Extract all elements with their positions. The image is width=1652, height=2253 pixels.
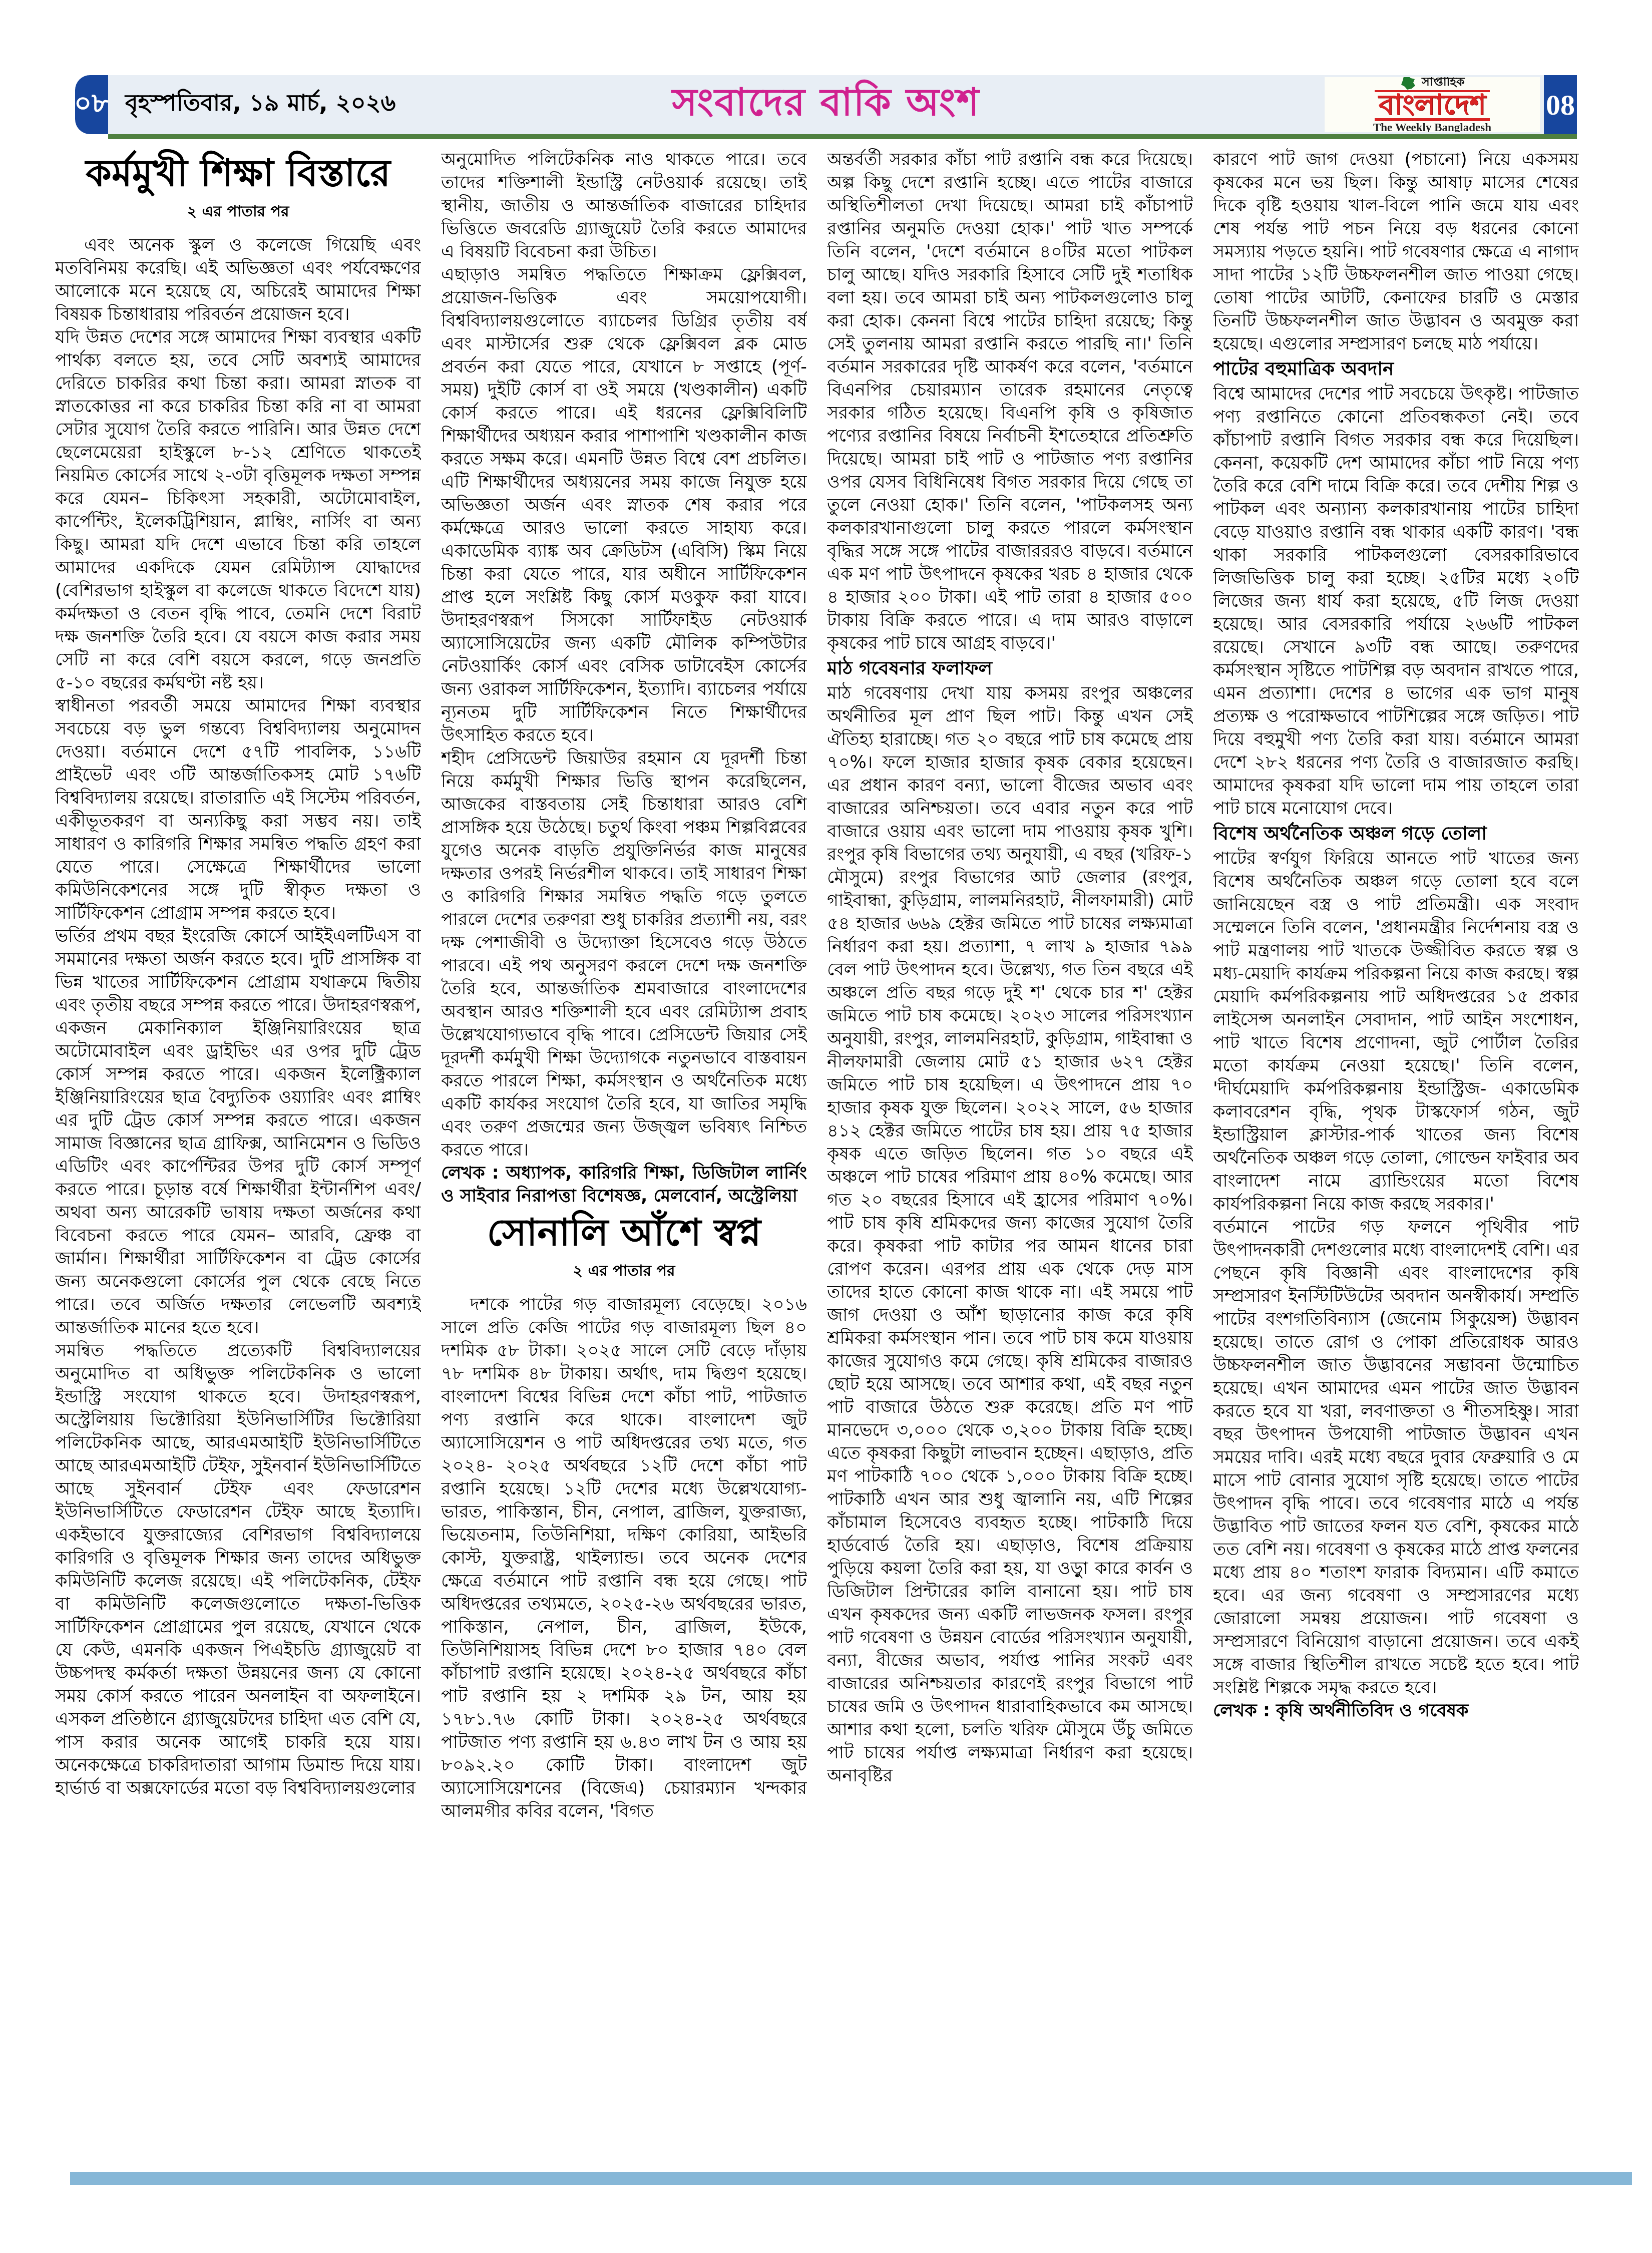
article-paragraph: ভর্তির প্রথম বছর ইংরেজি কোর্সে আইইএলটিএস…: [55, 925, 421, 1339]
logo-name: বাংলাদেশ: [1375, 90, 1490, 121]
article-paragraph: পাটের স্বর্ণযুগ ফিরিয়ে আনতে পাট খাতের জ…: [1213, 847, 1579, 1216]
article-paragraph: মাঠ গবেষণায় দেখা যায় কসময় রংপুর অঞ্চল…: [827, 682, 1193, 1787]
article-subhead: পাটের বহুমাত্রিক অবদান: [1213, 356, 1579, 382]
column-2: অনুমোদিত পলিটেকনিক নাও থাকতে পারে। তবে ত…: [441, 148, 807, 2170]
article-paragraph: এবং অনেক স্কুল ও কলেজে গিয়েছি এবং মতবিন…: [55, 234, 421, 326]
article-paragraph: স্বাধীনতা পরবর্তী সময়ে আমাদের শিক্ষা ব্…: [55, 694, 421, 925]
date-label: বৃহস্পতিবার, ১৯ মার্চ, ২০২৬: [125, 86, 395, 124]
article-subhead: বিশেষ অর্থনৈতিক অঞ্চল গড়ে তোলা: [1213, 821, 1579, 846]
page-number-box: 08: [1544, 75, 1577, 134]
continued-from-label: ২ এর পাতার পর: [55, 199, 421, 225]
article-headline: কর্মমুখী শিক্ষা বিস্তারে: [55, 150, 421, 196]
article-paragraph: শহীদ প্রেসিডেন্ট জিয়াউর রহমান যে দূরদর্…: [441, 747, 807, 1162]
column-3: অন্তর্বর্তী সরকার কাঁচা পাট রপ্তানি বন্ধ…: [827, 148, 1193, 2170]
article-headline: সোনালি আঁশে স্বপ্ন: [441, 1210, 807, 1256]
article-paragraph: বিশ্বে আমাদের দেশের পাট সবচেয়ে উৎকৃষ্ট।…: [1213, 383, 1579, 820]
column-4: কারণে পাট জাগ দেওয়া (পচানো) নিয়ে একসময…: [1213, 148, 1579, 2170]
newspaper-page: ০৮ বৃহস্পতিবার, ১৯ মার্চ, ২০২৬ সংবাদের ব…: [0, 0, 1652, 2253]
article-paragraph: কারণে পাট জাগ দেওয়া (পচানো) নিয়ে একসময…: [1213, 148, 1579, 355]
continued-from-label: ২ এর পাতার পর: [441, 1259, 807, 1284]
article-paragraph: অন্তর্বর্তী সরকার কাঁচা পাট রপ্তানি বন্ধ…: [827, 148, 1193, 655]
page-header: ০৮ বৃহস্পতিবার, ১৯ মার্চ, ২০২৬ সংবাদের ব…: [75, 75, 1577, 134]
header-rule: [108, 134, 1577, 139]
column-1: কর্মমুখী শিক্ষা বিস্তারে২ এর পাতার পরএবং…: [55, 148, 421, 2170]
page-number-badge: ০৮: [75, 75, 108, 134]
article-subhead: মাঠ গবেষনার ফলাফল: [827, 656, 1193, 681]
article-paragraph: যদি উন্নত দেশের সঙ্গে আমাদের শিক্ষা ব্যব…: [55, 326, 421, 694]
article-columns: কর্মমুখী শিক্ষা বিস্তারে২ এর পাতার পরএবং…: [55, 148, 1580, 2170]
newspaper-logo: সাপ্তাহিক বাংলাদেশ The Weekly Bangladesh: [1325, 77, 1540, 132]
article-paragraph: বর্তমানে পাটের গড় ফলনে পৃথিবীর পাট উৎপা…: [1213, 1216, 1579, 1699]
article-paragraph: এছাড়াও সমন্বিত পদ্ধতিতে শিক্ষাক্রম ফ্লে…: [441, 263, 807, 747]
author-line: লেখক : অধ্যাপক, কারিগরি শিক্ষা, ডিজিটাল …: [441, 1162, 807, 1208]
section-title: সংবাদের বাকি অংশ: [672, 73, 980, 137]
article-paragraph: দশকে পাটের গড় বাজারমূল্য বেড়েছে। ২০১৬ …: [441, 1293, 807, 1823]
header-band: বৃহস্পতিবার, ১৯ মার্চ, ২০২৬ সংবাদের বাকি…: [108, 75, 1544, 134]
article-paragraph: সমন্বিত পদ্ধতিতে প্রত্যেকটি বিশ্ববিদ্যাল…: [55, 1339, 421, 1800]
author-line: লেখক : কৃষি অর্থনীতিবিদ ও গবেষক: [1213, 1699, 1579, 1722]
article-paragraph: অনুমোদিত পলিটেকনিক নাও থাকতে পারে। তবে ত…: [441, 148, 807, 263]
bangladesh-map-icon: [1400, 77, 1417, 90]
logo-subtitle: The Weekly Bangladesh: [1373, 121, 1491, 132]
footer-rule: [70, 2172, 1632, 2185]
